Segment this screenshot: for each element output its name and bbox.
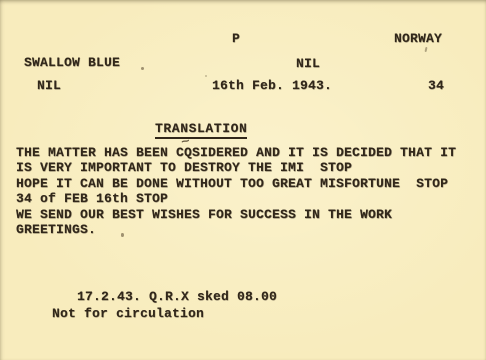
circulation-note: Not for circulation [52,306,204,321]
message-line: GREETINGS. [16,222,456,237]
serial-number: 34 [428,78,444,93]
message-line: IS VERY IMPORTANT TO DESTROY THE IMI STO… [16,160,456,175]
nil-left-field: NIL [37,78,61,93]
ink-speck [121,233,124,237]
nil-center-field: NIL [296,56,320,71]
precedence-marking: P [232,31,240,46]
callsign-label: SWALLOW BLUE [24,55,120,70]
message-body: THE MATTER HAS BEEN CQSIDERED AND IT IS … [16,145,456,237]
ink-speck [425,47,428,52]
ink-speck [205,75,207,77]
date-field: 16th Feb. 1943. [212,78,332,93]
translation-heading: TRANSLATION [155,121,247,139]
message-line: WE SEND OUR BEST WISHES FOR SUCCESS IN T… [16,207,456,222]
ink-speck [141,67,144,70]
sked-note: 17.2.43. Q.R.X sked 08.00 [77,289,277,304]
message-line: 34 of FEB 16th STOP [16,191,456,206]
country-label: NORWAY [394,31,442,46]
telegram-translation-page: P NORWAY SWALLOW BLUE NIL NIL 16th Feb. … [0,0,486,360]
message-line: THE MATTER HAS BEEN CQSIDERED AND IT IS … [16,145,456,160]
message-line: HOPE IT CAN BE DONE WITHOUT TOO GREAT MI… [16,176,456,191]
